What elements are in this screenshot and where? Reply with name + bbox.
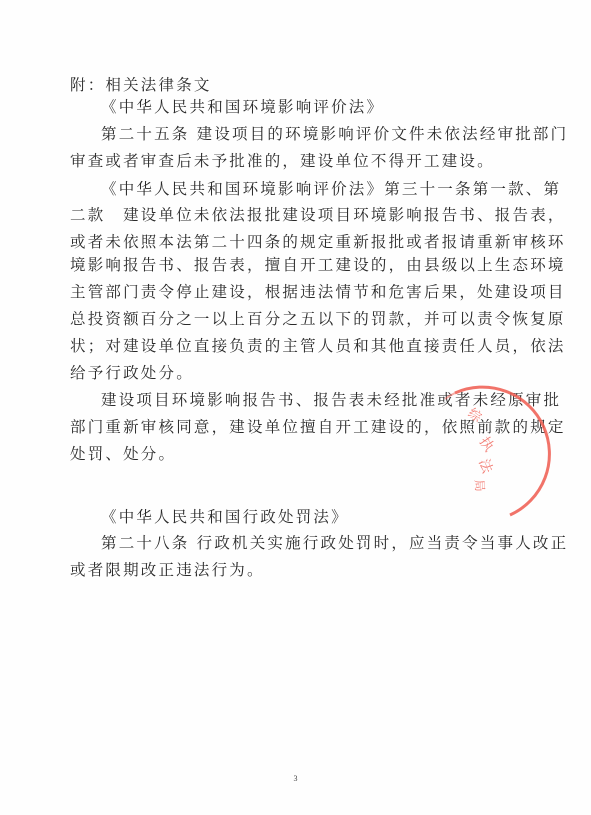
text-line: 主管部门责令停止建设，根据违法情节和危害后果，处建设项目	[70, 281, 530, 303]
text-line: 建设项目环境影响报告书、报告表未经批准或者未经原审批	[101, 389, 561, 411]
text-line: 《中华人民共和国环境影响评价法》第三十一条第一款、第	[101, 178, 561, 200]
text-line: 部门重新审核同意，建设单位擅自开工建设的，依照前款的规定	[70, 416, 530, 438]
text-line: 给予行政处分。	[70, 362, 530, 384]
text-line: 总投资额百分之一以上百分之五以下的罚款，并可以责令恢复原	[70, 308, 530, 330]
document-page: 附：相关法律条文《中华人民共和国环境影响评价法》第二十五条 建设项目的环境影响评…	[0, 0, 591, 815]
text-line: 或者限期改正违法行为。	[70, 559, 530, 581]
text-line: 处罚、处分。	[70, 443, 530, 465]
text-line: 或者未依照本法第二十四条的规定重新报批或者报请重新审核环	[70, 231, 530, 253]
text-line: 第二十五条 建设项目的环境影响评价文件未依法经审批部门	[101, 123, 561, 145]
text-line: 《中华人民共和国行政处罚法》	[101, 506, 561, 528]
text-line: 状；对建设单位直接负责的主管人员和其他直接责任人员，依法	[70, 335, 530, 357]
text-line: 第二十八条 行政机关实施行政处罚时，应当责令当事人改正	[101, 532, 561, 554]
page-number: 3	[0, 774, 591, 783]
text-line: 境影响报告书、报告表，擅自开工建设的，由县级以上生态环境	[70, 254, 530, 276]
text-line: 《中华人民共和国环境影响评价法》	[101, 96, 561, 118]
svg-text:局: 局	[472, 479, 487, 492]
text-line: 附：相关法律条文	[70, 74, 530, 96]
text-line: 二款 建设单位未依法报批建设项目环境影响报告书、报告表，	[70, 204, 530, 226]
text-line: 审查或者审查后未予批准的，建设单位不得开工建设。	[70, 150, 530, 172]
